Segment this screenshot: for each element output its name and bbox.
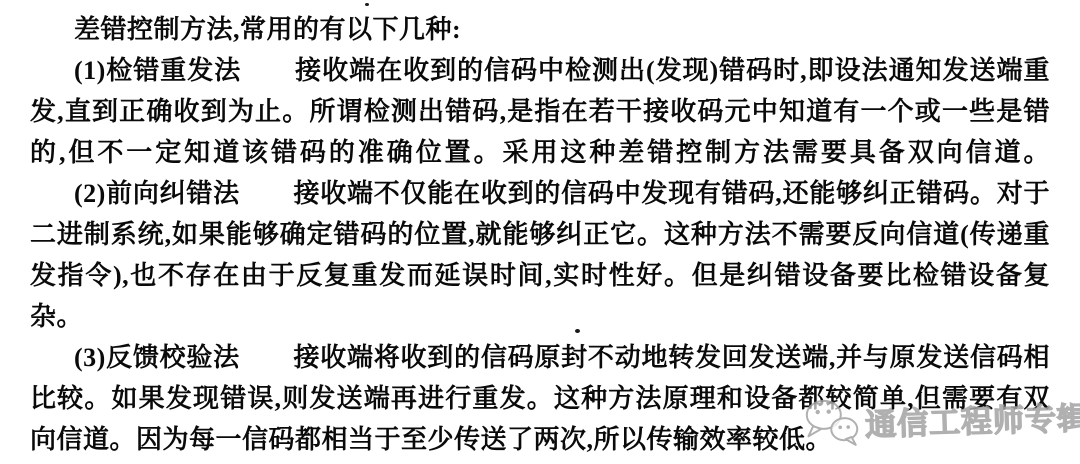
text-line: 差错控制方法,常用的有以下几种: (30, 9, 1050, 50)
document-text: 差错控制方法,常用的有以下几种: (1)检错重发法 接收端在收到的信码中检测出(… (0, 0, 1080, 460)
scan-speck (575, 329, 580, 333)
text-line: 发指令),也不存在由于反复重发而延误时间,实时性好。但是纠错设备要比检错设备复 (30, 255, 1050, 296)
text-line: 的,但不一定知道该错码的准确位置。采用这种差错控制方法需要具备双向信道。 (30, 132, 1050, 173)
text-line: 向信道。因为每一信码都相当于至少传送了两次,所以传输效率较低。 (30, 419, 1050, 460)
text-line: 杂。 (30, 296, 1050, 337)
text-line: (3)反馈校验法 接收端将收到的信码原封不动地转发回发送端,并与原发送信码相 (30, 337, 1050, 378)
text-line: 二进制系统,如果能够确定错码的位置,就能够纠正它。这种方法不需要反向信道(传递重 (30, 214, 1050, 255)
scan-speck (365, 3, 369, 6)
text-line: 比较。如果发现错误,则发送端再进行重发。这种方法原理和设备都较简单,但需要有双 (30, 378, 1050, 419)
scanned-document-page: 差错控制方法,常用的有以下几种: (1)检错重发法 接收端在收到的信码中检测出(… (0, 0, 1080, 464)
text-line: (2)前向纠错法 接收端不仅能在收到的信码中发现有错码,还能够纠正错码。对于 (30, 173, 1050, 214)
text-line: (1)检错重发法 接收端在收到的信码中检测出(发现)错码时,即设法通知发送端重 (30, 50, 1050, 91)
text-line: 发,直到正确收到为止。所谓检测出错码,是指在若干接收码元中知道有一个或一些是错 (30, 91, 1050, 132)
